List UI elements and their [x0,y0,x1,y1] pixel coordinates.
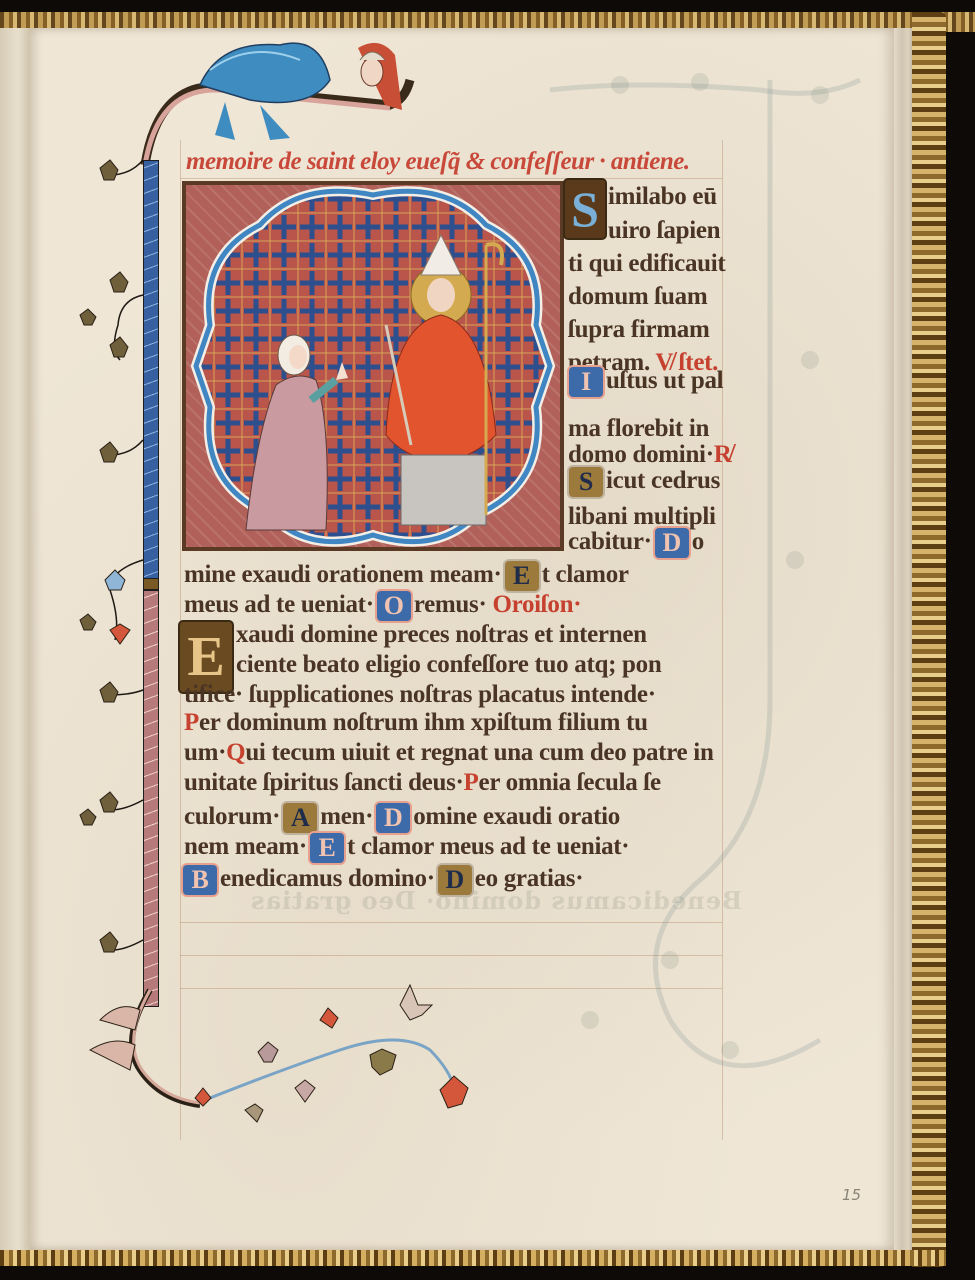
gilt-edge-bottom [0,1250,946,1266]
text-line: Benedicamus domino·Deo gratias· [180,862,583,896]
ivy-sprays-left [70,150,160,1000]
facing-page-edge [0,28,30,1253]
text-line: meus ad te ueniat·Oremus· Oroiſon· [184,588,581,622]
text-line: ti qui edificauit [568,247,725,281]
text-line: domum ſuam [568,280,707,314]
text-line: Sicut cedrus [566,464,720,498]
rubric-heading: memoire de saint eloy eueſq̃ & confeſſeu… [186,148,776,178]
folio-number: 15 [842,1186,861,1204]
diapered-ground [186,185,560,547]
illuminated-initial-s: S [565,180,605,238]
text-line: mine exaudi orationem meam·Et clamor [184,558,629,592]
bottom-vine [80,980,500,1130]
text-line: Iuſtus ut pal [566,364,723,398]
text-line: um·Qui tecum uiuit et regnat una cum deo… [184,736,714,770]
text-line: cabitur·Do [568,525,704,559]
quatrefoil-frame [186,185,560,547]
miniature-painting [182,181,564,551]
gilt-edge-right [912,12,946,1267]
text-line: Per dominum noſtrum ihm xpiſtum filium t… [184,706,648,740]
text-line: xaudi domine preces noſtras et internen [236,618,647,652]
text-line: culorum·Amen·Domine exaudi oratio [184,800,620,834]
text-line: unitate ſpiritus ſancti deus·Per omnia ſ… [184,766,661,800]
text-line: ſupra firmam [568,313,710,347]
text-line: nem meam·Et clamor meus ad te ueniat· [184,830,629,864]
text-line: uiro ſapien [608,214,720,248]
text-line: ciente beato eligio confeſſore tuo atq; … [236,648,661,682]
text-line: imilabo eū [608,180,717,214]
